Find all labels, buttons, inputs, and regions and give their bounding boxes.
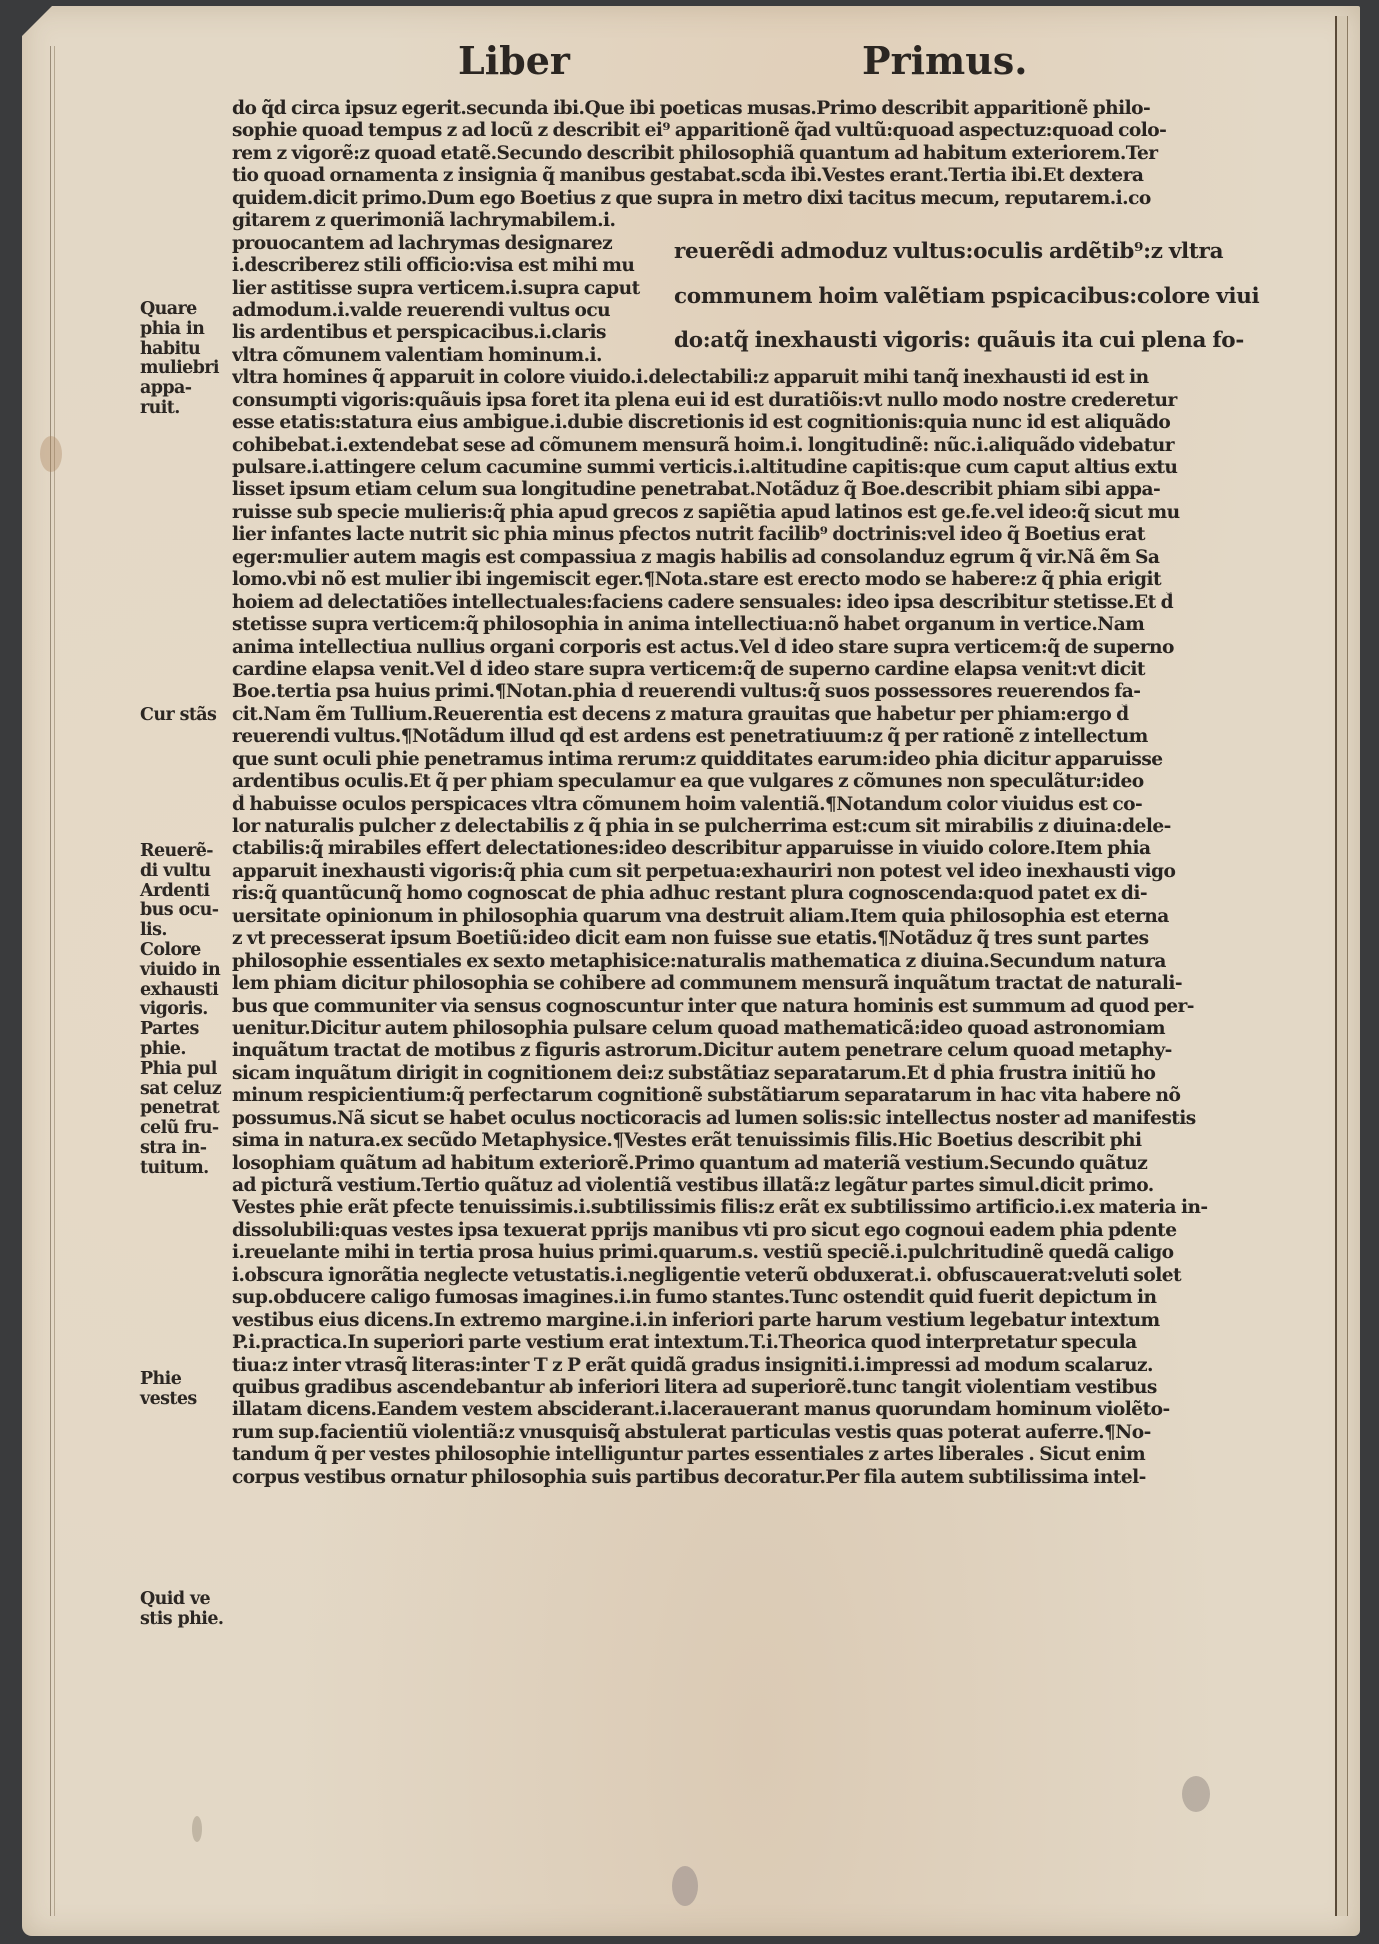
text-line: gitarem z querimoniã lachrymabilem.i. <box>232 210 1282 232</box>
text-line: stetisse supra verticem:q̃ philosophia i… <box>232 614 1282 636</box>
text-line: vestibus eius dicens.In extremo margine.… <box>232 1310 1282 1332</box>
text-line: apparuit inexhausti vigoris:q̃ phia cum … <box>232 861 1282 883</box>
text-line: ad picturã vestium.Tertio quãtuz ad viol… <box>232 1175 1282 1197</box>
commentary-line: i.describerez stili officio:visa est mih… <box>232 255 672 277</box>
text-line: ris:q̃ quantũcunq̃ homo cognoscat de phi… <box>232 883 1282 905</box>
margin-note-line: stra in- <box>140 1139 232 1159</box>
text-line: Vestes phie erãt pfecte tenuissimis.i.su… <box>232 1197 1282 1219</box>
margin-note-line: viuido in <box>140 961 232 981</box>
margin-note-line: tuitum. <box>140 1159 232 1179</box>
text-line: esse etatis:statura eius ambigue.i.dubie… <box>232 412 1282 434</box>
text-line: possumus.Nã sicut se habet oculus noctic… <box>232 1108 1282 1130</box>
commentary-line: lis ardentibus et perspicacibus.i.claris <box>232 322 672 344</box>
text-line: lor naturalis pulcher z delectabilis z q… <box>232 816 1282 838</box>
text-line: ruisse sub specie mulieris:q̃ phia apud … <box>232 502 1282 524</box>
text-line: losophiam quãtum ad habitum exteriorẽ.Pr… <box>232 1153 1282 1175</box>
margin-note-line: bus ocu- <box>140 901 232 921</box>
text-line: minum respicientium:q̃ perfectarum cogni… <box>232 1085 1282 1107</box>
lemma-text: reuerẽdi admoduz vultus:oculis ardẽtib⁹:… <box>674 241 1223 263</box>
text-line: cohibebat.i.extendebat sese ad cõmunem m… <box>232 435 1282 457</box>
text-line: d̃ habuisse oculos perspicaces vltra cõm… <box>232 794 1282 816</box>
text-line: z vt precesserat ipsum Boetiũ:ideo dicit… <box>232 928 1282 950</box>
text-line: Boe.tertia psa huius primi.¶Notan.phia d… <box>232 681 1282 703</box>
margin-note-line: Quid ve <box>140 1590 232 1610</box>
text-line: uersitate opinionum in philosophia quaru… <box>232 906 1282 928</box>
foxing-stain <box>1182 1776 1210 1812</box>
margin-note-reuerendi: Reuerẽ-di vultuArdentibus ocu-lis.Colore… <box>140 842 232 1179</box>
margin-note-line: penetrat <box>140 1099 232 1119</box>
margin-note-line: ruit. <box>140 399 232 419</box>
margin-note-line: habitu <box>140 340 232 360</box>
text-line: ctabilis:q̃ mirabiles effert delectation… <box>232 838 1282 860</box>
margin-note-line: muliebri <box>140 359 232 379</box>
margin-note-line: Reuerẽ- <box>140 842 232 862</box>
text-line: tiua:z inter vtrasq̃ literas:inter T z P… <box>232 1355 1282 1377</box>
text-line: sima in natura.ex secũdo Metaphysice.¶Ve… <box>232 1130 1282 1152</box>
margin-note-line: Ardenti <box>140 882 232 902</box>
text-line: anima intellectiua nullius organi corpor… <box>232 637 1282 659</box>
foxing-stain <box>192 1816 202 1842</box>
margin-note-line: Phie <box>140 1370 232 1390</box>
commentary-line: admodum.i.valde reuerendi vultus ocu <box>232 300 672 322</box>
text-line: eger:mulier autem magis est compassiua z… <box>232 547 1282 569</box>
margin-note-quare: Quarephia inhabitumuliebriappa-ruit. <box>140 300 232 419</box>
text-line: lisset ipsum etiam celum sua longitudine… <box>232 479 1282 501</box>
text-line: rum sup.facientiũ violentiã:z vnusquisq̃… <box>232 1422 1282 1444</box>
text-line: tio quoad ornamenta z insignia q̃ manibu… <box>232 165 1282 187</box>
text-line: tandum q̃ per vestes philosophie intelli… <box>232 1444 1282 1466</box>
lemma-row: lier astitisse supra verticem.i.supra ca… <box>232 278 1282 323</box>
text-line: inquãtum tractat de motibus z figuris as… <box>232 1040 1282 1062</box>
lemma-row: prouocantem ad lachrymas designarez i.de… <box>232 233 1282 278</box>
page-edge <box>50 46 55 1916</box>
text-line: quibus gradibus ascendebantur ab inferio… <box>232 1377 1282 1399</box>
text-line: illatam dicens.Eandem vestem absciderant… <box>232 1399 1282 1421</box>
text-line: uenitur.Dicitur autem philosophia pulsar… <box>232 1018 1282 1040</box>
margin-note-line: phie. <box>140 1040 232 1060</box>
text-line: rem z vigorẽ:z quoad etatẽ.Secundo descr… <box>232 143 1282 165</box>
margin-note-line: Partes <box>140 1020 232 1040</box>
text-line: lem phiam dicitur philosophia se cohiber… <box>232 973 1282 995</box>
text-line: quidem.dicit primo.Dum ego Boetius z que… <box>232 188 1282 210</box>
commentary-line: prouocantem ad lachrymas designarez <box>232 233 672 255</box>
foxing-stain <box>40 436 62 472</box>
text-line: reuerendi vultus.¶Notãdum illud qd̃ est … <box>232 726 1282 748</box>
book-binding-edge <box>1335 16 1348 1916</box>
text-line: lomo.vbi nõ est mulier ibi ingemiscit eg… <box>232 569 1282 591</box>
margin-note-line: phia in <box>140 320 232 340</box>
commentary-line: vltra cõmunem valentiam hominum.i. <box>232 345 672 367</box>
text-line: bus que communiter via sensus cognoscunt… <box>232 996 1282 1018</box>
margin-note-line: exhausti <box>140 981 232 1001</box>
lemma-text: communem hoim valẽtiam pspicacibus:color… <box>674 286 1259 308</box>
commentary-body: vltra homines q̃ apparuit in colore viui… <box>232 367 1282 1489</box>
lemma-text: do:atq̃ inexhausti vigoris: quãuis ita c… <box>674 330 1244 352</box>
commentary-line: lier astitisse supra verticem.i.supra ca… <box>232 278 672 300</box>
margin-note-line: sat celuz <box>140 1080 232 1100</box>
text-line: ardentibus oculis.Et q̃ per phiam specul… <box>232 771 1282 793</box>
lemma-row: lis ardentibus et perspicacibus.i.claris… <box>232 322 1282 367</box>
margin-note-line: stis phie. <box>140 1610 232 1630</box>
running-header: Liber Primus. <box>0 38 1379 88</box>
text-line: lier infantes lacte nutrit sic phia minu… <box>232 524 1282 546</box>
margin-note-line: Cur stãs <box>140 706 232 726</box>
text-line: cit.Nam ẽm Tullium.Reuerentia est decens… <box>232 704 1282 726</box>
text-line: sicam inquãtum dirigit in cognitionem de… <box>232 1063 1282 1085</box>
margin-note-cur-stans: Cur stãs <box>140 706 232 726</box>
foxing-stain <box>672 1866 698 1906</box>
text-line: dissolubili:quas vestes ipsa texuerat pp… <box>232 1220 1282 1242</box>
text-line: i.reuelante mihi in tertia prosa huius p… <box>232 1242 1282 1264</box>
margin-note-quid-vestis: Quid vestis phie. <box>140 1590 232 1630</box>
header-left: Liber <box>458 38 570 83</box>
text-line: philosophie essentiales ex sexto metaphi… <box>232 951 1282 973</box>
margin-note-line: di vultu <box>140 862 232 882</box>
text-line: i.obscura ignorãtia neglecte vetustatis.… <box>232 1265 1282 1287</box>
header-right: Primus. <box>862 38 1028 83</box>
text-line: sophie quoad tempus z ad locũ z describi… <box>232 120 1282 142</box>
text-line: pulsare.i.attingere celum cacumine summi… <box>232 457 1282 479</box>
text-line: hoiem ad delectatiões intellectuales:fac… <box>232 592 1282 614</box>
margin-note-line: appa- <box>140 379 232 399</box>
main-text-block: do q̃d circa ipsuz egerit.secunda ibi.Qu… <box>232 98 1282 1489</box>
margin-note-line: lis. <box>140 921 232 941</box>
margin-note-line: Quare <box>140 300 232 320</box>
text-line: corpus vestibus ornatur philosophia suis… <box>232 1467 1282 1489</box>
margin-note-line: vestes <box>140 1390 232 1410</box>
margin-note-line: Phia pul <box>140 1060 232 1080</box>
text-line: sup.obducere caligo fumosas imagines.i.i… <box>232 1287 1282 1309</box>
text-line: vltra homines q̃ apparuit in colore viui… <box>232 367 1282 389</box>
text-line: cardine elapsa venit.Vel d̃ ideo stare s… <box>232 659 1282 681</box>
margin-note-phie-vestes: Phievestes <box>140 1370 232 1410</box>
text-line: que sunt oculi phie penetramus intima re… <box>232 749 1282 771</box>
text-line: consumpti vigoris:quãuis ipsa foret ita … <box>232 390 1282 412</box>
text-line: P.i.practica.In superiori parte vestium … <box>232 1332 1282 1354</box>
margin-note-line: celũ fru- <box>140 1119 232 1139</box>
margin-note-line: vigoris. <box>140 1000 232 1020</box>
text-line: do q̃d circa ipsuz egerit.secunda ibi.Qu… <box>232 98 1282 120</box>
margin-note-line: Colore <box>140 941 232 961</box>
